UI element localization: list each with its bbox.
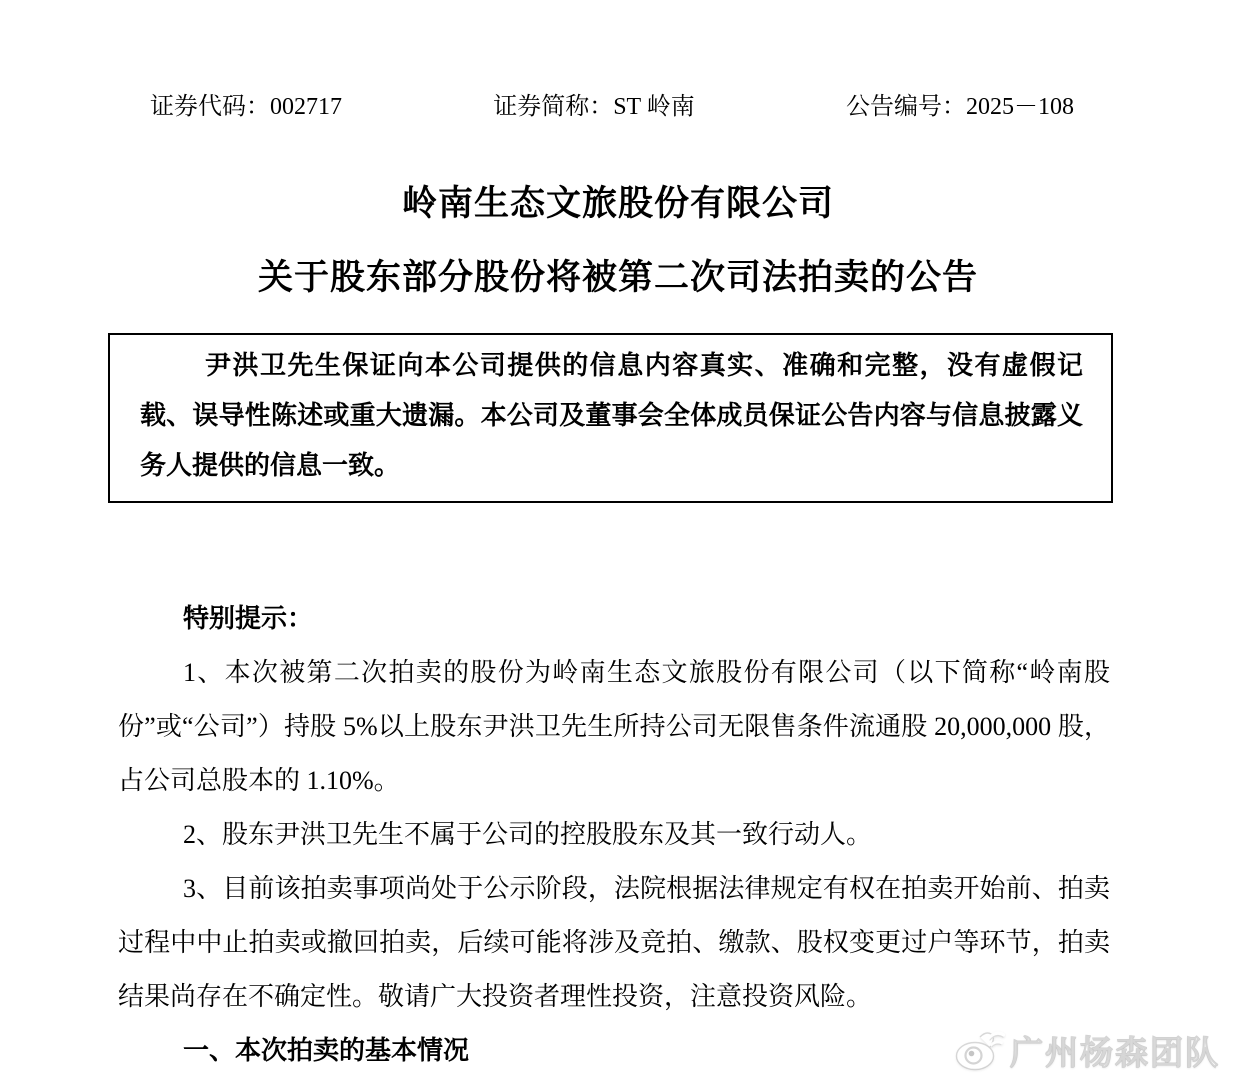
notice-paragraph: 3、目前该拍卖事项尚处于公示阶段，法院根据法律规定有权在拍卖开始前、拍卖过程中中… xyxy=(118,862,1110,1024)
announcement-document-page: 证券代码：002717 证券简称：ST 岭南 公告编号：2025－108 岭南生… xyxy=(0,0,1236,1080)
document-body: 特别提示： 1、本次被第二次拍卖的股份为岭南生态文旅股份有限公司（以下简称“岭南… xyxy=(118,592,1110,1078)
document-header-row: 证券代码：002717 证券简称：ST 岭南 公告编号：2025－108 xyxy=(150,90,1074,124)
section-heading: 一、本次拍卖的基本情况 xyxy=(118,1024,1110,1078)
notice-paragraph: 1、本次被第二次拍卖的股份为岭南生态文旅股份有限公司（以下简称“岭南股份”或“公… xyxy=(118,646,1110,808)
declaration-text: 尹洪卫先生保证向本公司提供的信息内容真实、准确和完整，没有虚假记载、误导性陈述或… xyxy=(140,341,1083,491)
notice-paragraph: 2、股东尹洪卫先生不属于公司的控股股东及其一致行动人。 xyxy=(118,808,1110,862)
stock-abbreviation: 证券简称：ST 岭南 xyxy=(493,90,695,124)
declaration-box: 尹洪卫先生保证向本公司提供的信息内容真实、准确和完整，没有虚假记载、误导性陈述或… xyxy=(108,333,1113,503)
company-title: 岭南生态文旅股份有限公司 xyxy=(0,176,1236,226)
special-notice-heading: 特别提示： xyxy=(118,592,1110,646)
announcement-title: 关于股东部分股份将被第二次司法拍卖的公告 xyxy=(0,250,1236,300)
announcement-number: 公告编号：2025－108 xyxy=(846,90,1074,124)
stock-code: 证券代码：002717 xyxy=(150,90,342,124)
